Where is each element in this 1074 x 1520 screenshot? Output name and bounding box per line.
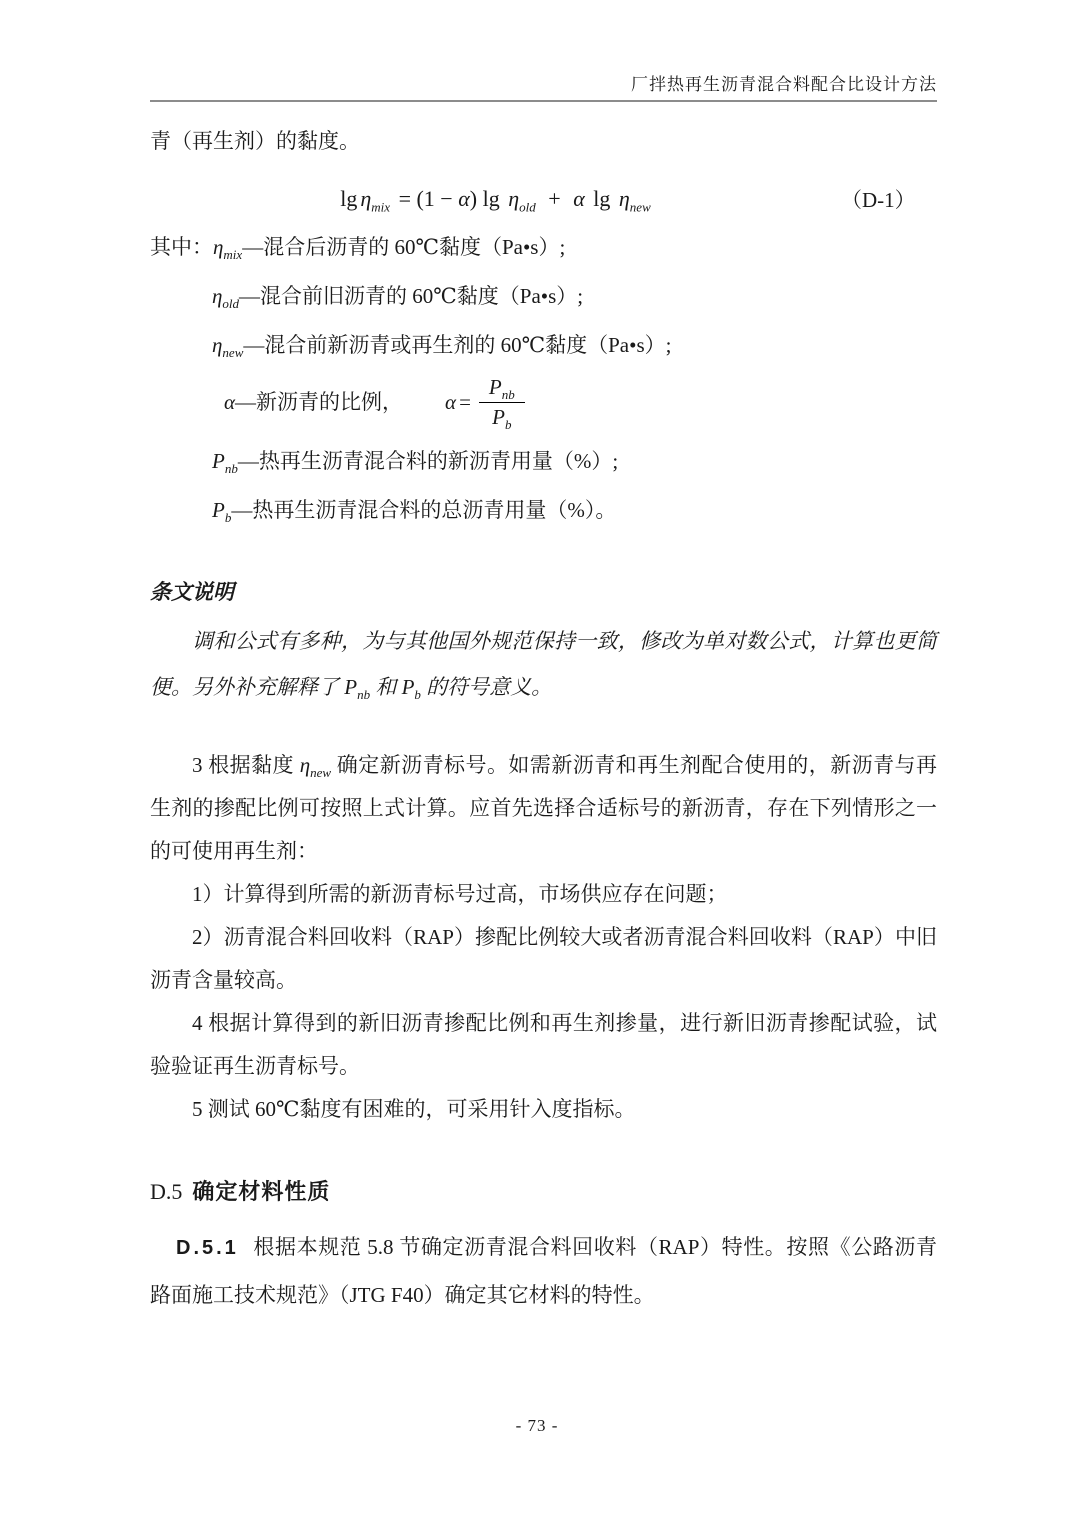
math-p: P <box>344 675 357 699</box>
commentary-heading: 条文说明 <box>150 576 937 606</box>
symbol-definitions: 其中：ηmix—混合后沥青的 60℃黏度（Pa•s）; ηold—混合前旧沥青的… <box>150 224 937 534</box>
clause-3-item-1: 1）计算得到所需的新沥青标号过高，市场供应存在问题； <box>150 873 937 916</box>
math-sub-nb: nb <box>225 462 238 477</box>
math-eta: η <box>508 186 519 211</box>
header-title: 厂拌热再生沥青混合料配合比设计方法 <box>631 75 937 94</box>
math-alpha: α <box>445 379 456 426</box>
def-text-pb: —热再生沥青混合料的总沥青用量（%）。 <box>231 498 616 522</box>
def-line-pb: Pb—热再生沥青混合料的总沥青用量（%）。 <box>150 487 937 534</box>
def-text-pnb: —热再生沥青混合料的新沥青用量（%）; <box>238 449 618 473</box>
math-alpha: α <box>458 186 470 211</box>
equation-d1: lgηmix = (1 − α) lg ηold + α lg ηnew （D-… <box>150 184 937 214</box>
def-line-eta-new: ηnew—混合前新沥青或再生剂的 60℃黏度（Pa•s）; <box>150 322 937 369</box>
document-page: 厂拌热再生沥青混合料配合比设计方法 青（再生剂）的黏度。 lgηmix = (1… <box>0 0 1074 1520</box>
math-p: P <box>212 498 225 522</box>
math-p: P <box>402 675 415 699</box>
math-p: P <box>212 449 225 473</box>
math-plus: + <box>548 186 560 211</box>
math-sub-old: old <box>519 199 536 214</box>
math-eta: η <box>619 186 630 211</box>
def-text-eta-new: —混合前新沥青或再生剂的 60℃黏度（Pa•s）; <box>243 333 671 357</box>
fraction-numerator: Pnb <box>479 375 525 403</box>
where-label: 其中： <box>150 235 213 259</box>
math-sub-new: new <box>630 199 651 214</box>
section-d5-title: 确定材料性质 <box>192 1179 330 1204</box>
math-sub-mix: mix <box>371 199 390 214</box>
page-number: - 73 - <box>516 1416 559 1435</box>
math-alpha: α <box>573 186 585 211</box>
math-eta: η <box>300 753 310 777</box>
math-sub-nb: nb <box>502 387 515 402</box>
section-d5-heading: D.5确定材料性质 <box>150 1175 937 1206</box>
math-sub-b: b <box>414 688 421 703</box>
page-content: 厂拌热再生沥青混合料配合比设计方法 青（再生剂）的黏度。 lgηmix = (1… <box>150 0 937 1319</box>
section-d5-number: D.5 <box>150 1179 182 1204</box>
math-equals: = <box>459 379 471 426</box>
math-close-lg: ) lg <box>470 186 500 211</box>
math-p: P <box>489 375 502 399</box>
math-lg: lg <box>340 186 357 211</box>
page-header: 厂拌热再生沥青混合料配合比设计方法 <box>150 0 937 102</box>
def-text-eta-old: —混合前旧沥青的 60℃黏度（Pa•s）; <box>239 284 583 308</box>
clause-5: 5 测试 60℃黏度有困难的，可采用针入度指标。 <box>150 1088 937 1131</box>
clauses-block: 3 根据黏度 ηnew 确定新沥青标号。如需新沥青和再生剂配合使用的，新沥青与再… <box>150 744 937 1131</box>
clause-4: 4 根据计算得到的新旧沥青掺配比例和再生剂掺量，进行新旧沥青掺配试验，试验验证再… <box>150 1002 937 1088</box>
def-line-eta-mix: 其中：ηmix—混合后沥青的 60℃黏度（Pa•s）; <box>150 224 937 271</box>
clause-3-text-a: 3 根据黏度 <box>192 753 294 777</box>
clause-d51-label: D.5.1 <box>176 1237 239 1259</box>
clause-d51-text: 根据本规范 5.8 节确定沥青混合料回收料（RAP）特性。按照《公路沥青路面施工… <box>150 1235 937 1307</box>
commentary-text-mid: 和 <box>375 675 396 699</box>
math-sub-new: new <box>310 766 331 781</box>
math-p: P <box>492 405 505 429</box>
intro-paragraph: 青（再生剂）的黏度。 <box>150 120 937 163</box>
math-sub-b: b <box>505 417 512 432</box>
equation-d1-body: lgηmix = (1 − α) lg ηold + α lg ηnew <box>150 186 841 212</box>
math-eta: η <box>212 284 222 308</box>
fraction-denominator: Pb <box>479 403 525 430</box>
math-eta: η <box>213 235 223 259</box>
clause-3: 3 根据黏度 ηnew 确定新沥青标号。如需新沥青和再生剂配合使用的，新沥青与再… <box>150 744 937 873</box>
math-eta: η <box>360 186 371 211</box>
clause-d51: D.5.1根据本规范 5.8 节确定沥青混合料回收料（RAP）特性。按照《公路沥… <box>150 1224 937 1319</box>
fraction-pnb-over-pb: Pnb Pb <box>479 375 525 430</box>
math-equals-open: = (1 − <box>399 186 459 211</box>
def-line-pnb: Pnb—热再生沥青混合料的新沥青用量（%）; <box>150 438 937 485</box>
alpha-equation: α = Pnb Pb <box>445 375 525 430</box>
commentary-paragraph: 调和公式有多种，为与其他国外规范保持一致，修改为单对数公式，计算也更简便。另外补… <box>150 618 937 710</box>
def-text-eta-mix: —混合后沥青的 60℃黏度（Pa•s）; <box>242 235 565 259</box>
math-sub-old: old <box>222 296 239 311</box>
math-eta: η <box>212 333 222 357</box>
clause-3-item-2: 2）沥青混合料回收料（RAP）掺配比例较大或者沥青混合料回收料（RAP）中旧沥青… <box>150 916 937 1002</box>
def-line-eta-old: ηold—混合前旧沥青的 60℃黏度（Pa•s）; <box>150 273 937 320</box>
math-alpha: α <box>224 379 235 426</box>
def-line-alpha: α—新沥青的比例， α = Pnb Pb <box>150 375 937 430</box>
def-text-alpha: —新沥青的比例， <box>235 379 403 426</box>
math-sub-mix: mix <box>223 247 242 262</box>
math-sub-nb: nb <box>357 688 370 703</box>
math-lg: lg <box>593 186 610 211</box>
equation-number: （D-1） <box>841 184 937 214</box>
page-footer: - 73 - <box>0 1416 1074 1436</box>
math-sub-new: new <box>222 345 243 360</box>
commentary-text-b: 的符号意义。 <box>426 675 552 699</box>
